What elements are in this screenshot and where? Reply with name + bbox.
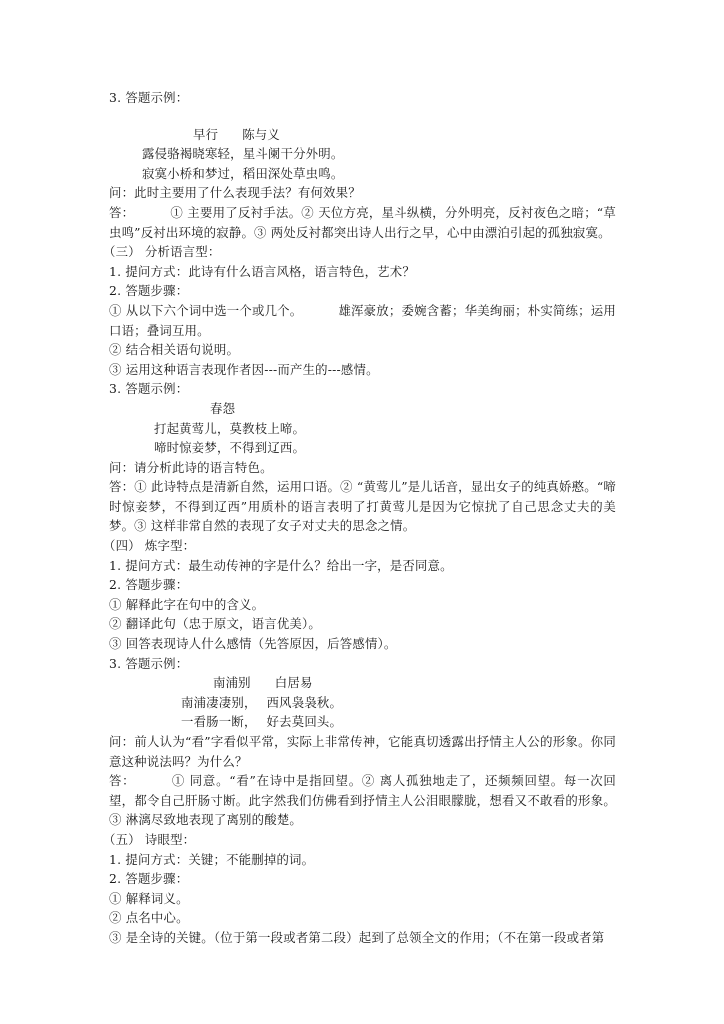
poem-author: 陈与义 (242, 127, 280, 142)
example-heading: 3. 答题示例： (109, 88, 616, 108)
section-heading: （五） 诗眼型： (103, 830, 616, 850)
poem-title-line: 南浦别白居易 (109, 673, 616, 693)
answer-text: ① 主要用了反衬手法。② 天位方亮，星斗纵横，分外明亮，反衬夜色之暗；“草虫鸣”… (109, 205, 616, 240)
question: 问：前人认为“看”字看似平常，实际上非常传神，它能真切透露出抒情主人公的形象。你… (109, 732, 616, 771)
ask-method: 1. 提问方式：关键；不能删掉的词。 (109, 850, 616, 870)
step-2: ② 结合相关语句说明。 (109, 340, 616, 360)
poem-author: 白居易 (275, 675, 313, 690)
poem-title: 早行 (193, 127, 218, 142)
poem-line: 寂寞小桥和梦过，稻田深处草虫鸣。 (109, 164, 616, 184)
poem-half-line: 好去莫回头。 (267, 714, 343, 729)
question: 问：此时主要用了什么表现手法？有何效果？ (109, 183, 616, 203)
poem-line: 打起黄莺儿，莫教枝上啼。 (109, 419, 616, 439)
answer: 答：① 同意。“看”在诗中是指回望。② 离人孤独地走了，还频频回望。每一次回望，… (109, 771, 616, 830)
section-heading: （四） 炼字型： (103, 536, 616, 556)
example-heading: 3. 答题示例： (109, 379, 616, 399)
steps-heading: 2. 答题步骤： (109, 281, 616, 301)
document-page: 3. 答题示例： 早行陈与义 露侵骆褐晓寒轻，星斗阑干分外明。 寂寞小桥和梦过，… (109, 88, 616, 948)
example-heading: 3. 答题示例： (109, 654, 616, 674)
step-3: ③ 回答表现诗人什么感情（先答原因，后答感情）。 (109, 634, 616, 654)
poem-half-line: 西风袅袅秋。 (267, 695, 343, 710)
answer: 答：① 此诗特点是清新自然，运用口语。② “黄莺儿”是儿话音，显出女子的纯真娇憨… (109, 477, 616, 536)
answer: 答：① 主要用了反衬手法。② 天位方亮，星斗纵横，分外明亮，反衬夜色之暗；“草虫… (109, 203, 616, 242)
steps-heading: 2. 答题步骤： (109, 869, 616, 889)
section-heading: （三） 分析语言型： (103, 242, 616, 262)
step-1: ① 从以下六个词中选一个或几个。雄浑豪放；委婉含蓄；华美绚丽；朴实简练；运用口语… (109, 301, 616, 340)
answer-text: ① 同意。“看”在诗中是指回望。② 离人孤独地走了，还频频回望。每一次回望，都令… (109, 773, 616, 827)
poem-title: 春怨 (109, 399, 616, 419)
ask-method: 1. 提问方式：最生动传神的字是什么？给出一字，是否同意。 (109, 556, 616, 576)
answer-label: 答： (109, 205, 134, 220)
poem-line: 啼时惊妾梦，不得到辽西。 (109, 438, 616, 458)
poem-line: 一看肠一断，好去莫回头。 (109, 712, 616, 732)
poem-half-line: 南浦凄凄别， (181, 695, 257, 710)
step-3: ③ 是全诗的关键。（位于第一段或者第二段）起到了总领全文的作用；（不在第一段或者… (109, 928, 616, 948)
step-1: ① 解释此字在句中的含义。 (109, 595, 616, 615)
step-2: ② 翻译此句（忠于原文，语言优美）。 (109, 614, 616, 634)
poem-line: 露侵骆褐晓寒轻，星斗阑干分外明。 (109, 144, 616, 164)
step-3: ③ 运用这种语言表现作者因---而产生的---感情。 (109, 360, 616, 380)
poem-line: 南浦凄凄别，西风袅袅秋。 (109, 693, 616, 713)
ask-method: 1. 提问方式：此诗有什么语言风格，语言特色，艺术？ (109, 262, 616, 282)
answer-label: 答： (109, 773, 135, 788)
steps-heading: 2. 答题步骤： (109, 575, 616, 595)
poem-title: 南浦别 (213, 675, 251, 690)
question: 问：请分析此诗的语言特色。 (109, 458, 616, 478)
poem-title-line: 早行陈与义 (109, 125, 616, 145)
step-1: ① 解释词义。 (109, 889, 616, 909)
step-2: ② 点名中心。 (109, 908, 616, 928)
poem-half-line: 一看肠一断， (181, 714, 257, 729)
step-1-text: ① 从以下六个词中选一个或几个。 (109, 303, 302, 318)
